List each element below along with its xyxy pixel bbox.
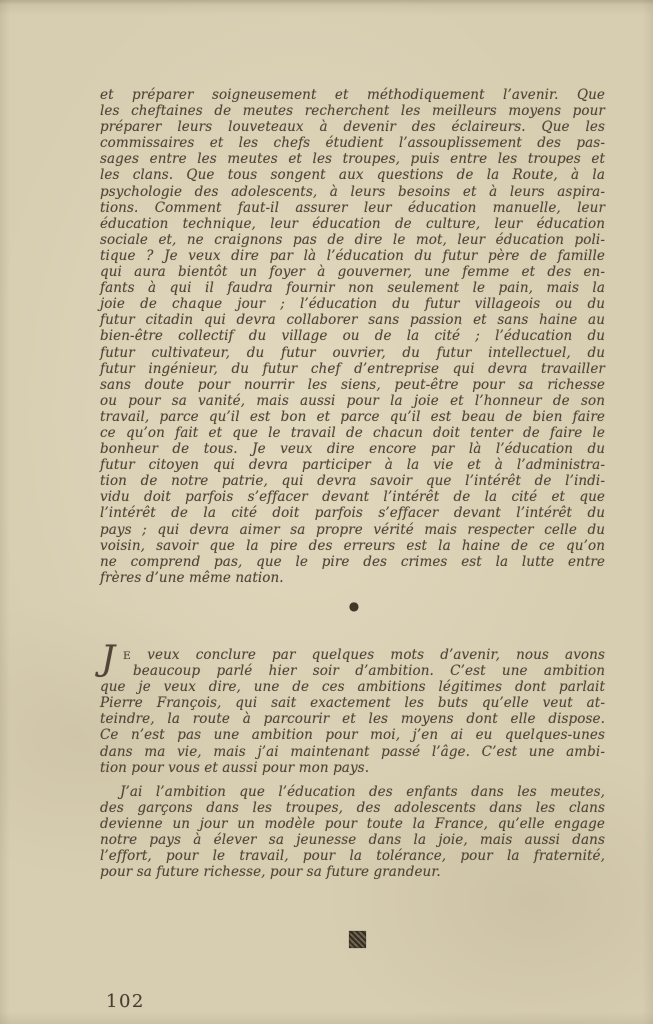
section-separator-bullet-icon: ● <box>100 599 608 613</box>
text-line: Ce n’est pas une ambition pour moi, j’en… <box>100 727 605 743</box>
text-line: futur ingénieur, du futur chef d’entrepr… <box>100 361 605 377</box>
text-line: ou pour sa vanité, mais aussi pour la jo… <box>100 393 605 409</box>
lead-small-cap: E <box>123 650 131 662</box>
ambition-paragraph: J’ai l’ambition que l’éducation des enfa… <box>100 784 605 881</box>
text-line: futur cultivateur, du futur ouvrier, du … <box>100 345 605 361</box>
text-line: teindre, la route à parcourir et les moy… <box>100 711 605 727</box>
text-line: joie de chaque jour ; l’éducation du fut… <box>100 296 605 312</box>
text-line: devienne un jour un modèle pour toute la… <box>100 816 605 832</box>
book-page: et préparer soigneusement et méthodiquem… <box>0 0 653 1024</box>
text-line: bien-être collectif du village ou de la … <box>100 328 605 344</box>
text-line: beaucoup parlé hier soir d’ambition. C’e… <box>100 663 605 679</box>
text-line: des garçons dans les troupes, des adoles… <box>100 800 605 816</box>
text-line: tions. Comment faut-il assurer leur éduc… <box>100 200 605 216</box>
text-line: et préparer soigneusement et méthodiquem… <box>100 87 605 103</box>
text-line: sans doute pour nourrir les siens, peut-… <box>100 377 605 393</box>
text-line: préparer leurs louveteaux à devenir des … <box>100 119 605 135</box>
text-line: bonheur de tous. Je veux dire encore par… <box>100 441 605 457</box>
text-line: J’ai l’ambition que l’éducation des enfa… <box>100 784 605 800</box>
text-line: tique ? Je veux dire par là l’éducation … <box>100 248 605 264</box>
text-line: ne comprend pas, que le pire des crimes … <box>100 554 605 570</box>
text-line: sages entre les meutes et les troupes, p… <box>100 151 605 167</box>
text-line: pays ; qui devra aimer sa propre vérité … <box>100 522 605 538</box>
text-line: l’intérêt de la cité doit parfois s’effa… <box>100 505 605 521</box>
text-line: sociale et, ne craignons pas de dire le … <box>100 232 605 248</box>
page-number: 102 <box>106 991 145 1012</box>
text-line: qui aura bientôt un foyer à gouverner, u… <box>100 264 605 280</box>
text-line: fants à qui il faudra fournir non seulem… <box>100 280 605 296</box>
text-line: dans ma vie, mais j’ai maintenant passé … <box>100 744 605 760</box>
body-paragraph-continuation: et préparer soigneusement et méthodiquem… <box>100 87 605 586</box>
text-line-fragment: veux conclure par quelques mots d’avenir… <box>147 647 605 663</box>
text-line: voisin, savoir que la pire des erreurs e… <box>100 538 605 554</box>
text-line: les clans. Que tous songent aux question… <box>100 167 605 183</box>
text-line: ce qu’on fait et que le travail de chacu… <box>100 425 605 441</box>
text-line: travail, parce qu’il est bon et parce qu… <box>100 409 605 425</box>
dropcap-initial: J <box>101 642 115 677</box>
text-line: commissaires et les chefs étudient l’ass… <box>100 135 605 151</box>
text-line: E veux conclure par quelques mots d’aven… <box>100 647 605 663</box>
text-line: éducation technique, leur éducation de c… <box>100 216 605 232</box>
text-line: Pierre François, qui sait exactement les… <box>100 695 605 711</box>
text-line: frères d’une même nation. <box>100 570 605 586</box>
text-line: que je veux dire, une de ces ambitions l… <box>100 679 605 695</box>
text-line: tion pour vous et aussi pour mon pays. <box>100 760 605 776</box>
text-line: les cheftaines de meutes recherchent les… <box>100 103 605 119</box>
closing-paragraph: J E veux conclure par quelques mots d’av… <box>100 647 605 776</box>
text-line: psychologie des adolescents, à leurs bes… <box>100 184 605 200</box>
text-line: futur citoyen qui devra participer à la … <box>100 457 605 473</box>
text-line: notre pays à élever sa jeunesse dans la … <box>100 832 605 848</box>
text-line: pour sa future richesse, pour sa future … <box>100 864 605 880</box>
text-line: tion de notre patrie, qui devra savoir q… <box>100 473 605 489</box>
ornament-square-icon <box>349 931 366 948</box>
text-line: l’effort, pour le travail, pour la tolér… <box>100 848 605 864</box>
text-line: futur citadin qui devra collaborer sans … <box>100 312 605 328</box>
text-line: vidu doit parfois s’effacer devant l’int… <box>100 489 605 505</box>
